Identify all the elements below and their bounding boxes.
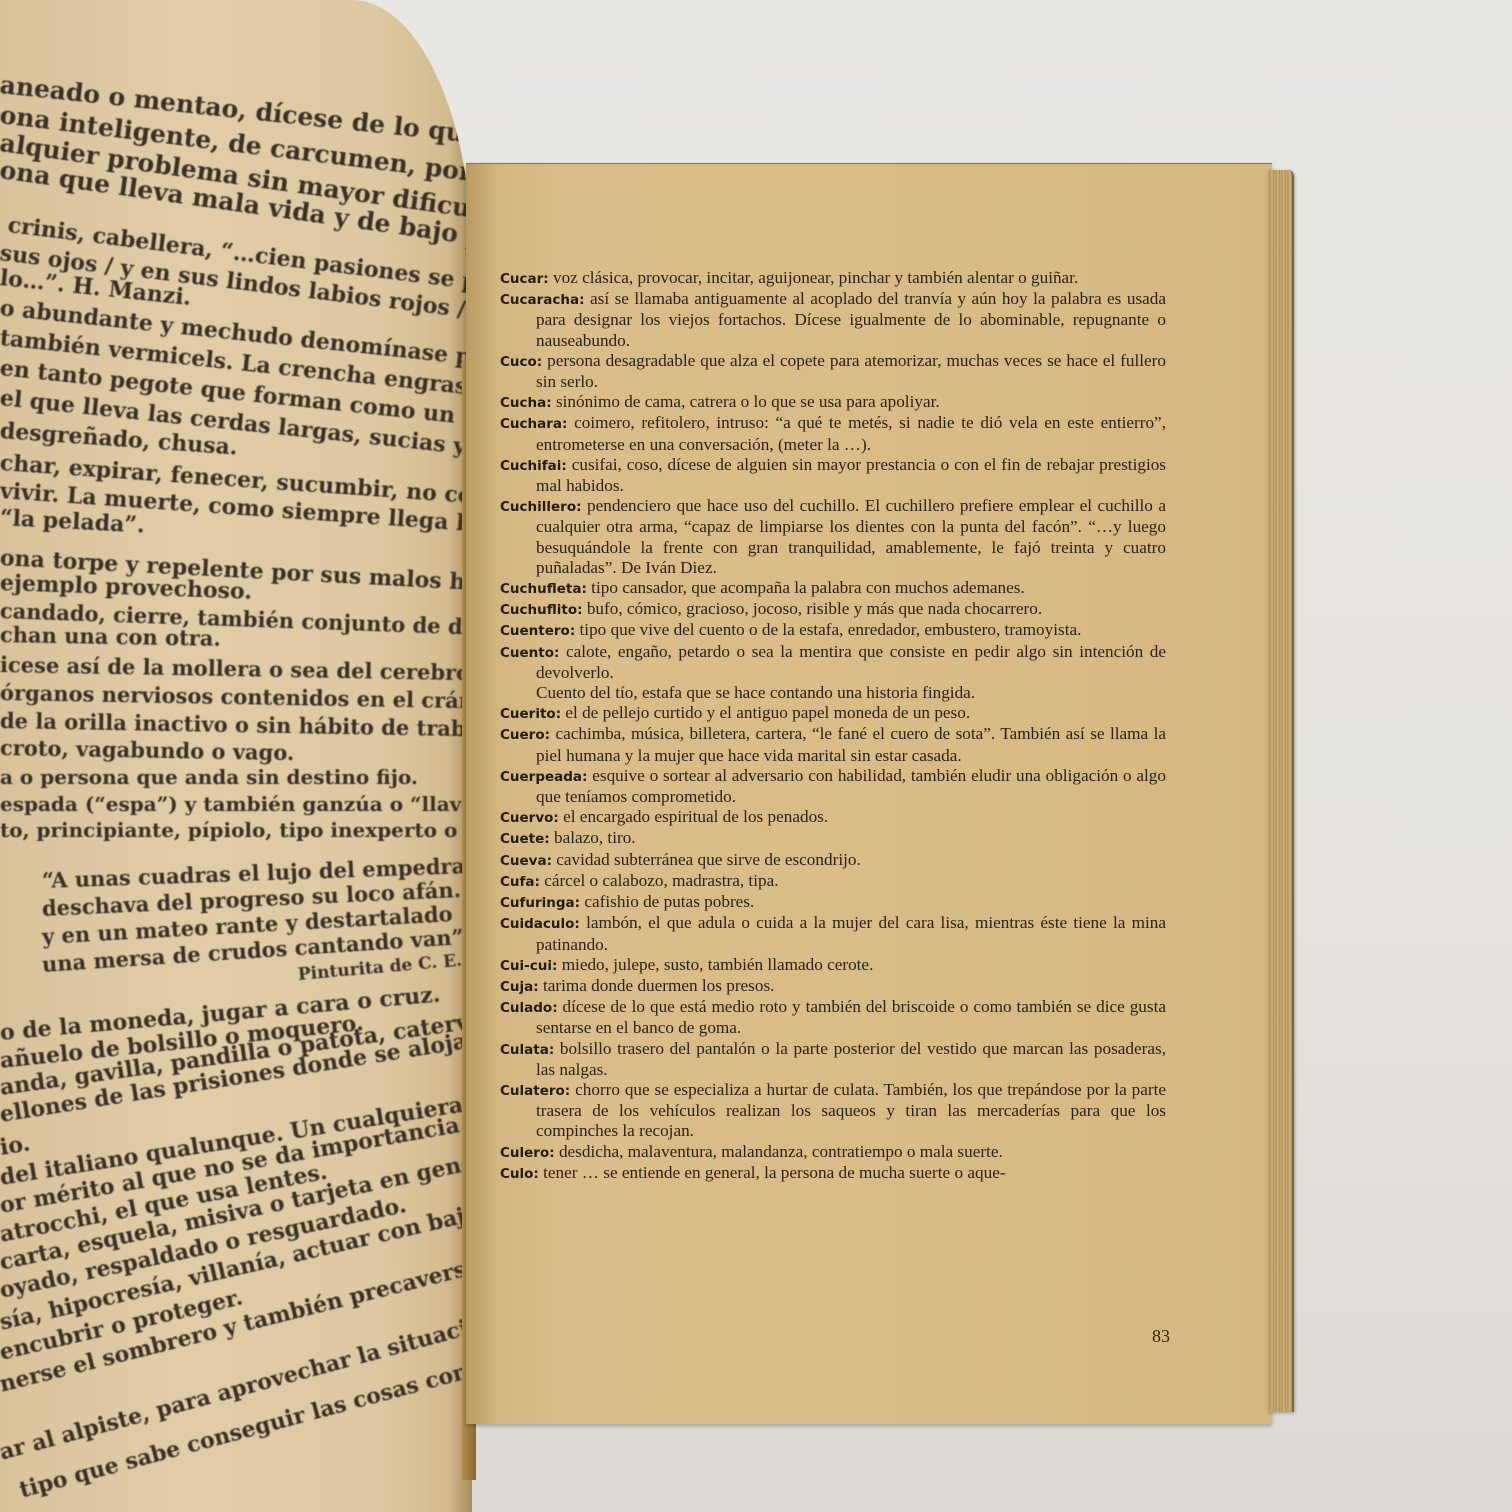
- entry-definition: calote, engaño, petardo o sea la mentira…: [536, 642, 1166, 682]
- entry-definition: desdicha, malaventura, malandanza, contr…: [555, 1142, 1003, 1161]
- entry-headword: Culo:: [500, 1166, 539, 1182]
- entry-definition: tipo cansador, que acompaña la palabra c…: [587, 578, 1025, 597]
- entry-headword: Cuete:: [500, 831, 550, 847]
- dictionary-entry: Cufa: cárcel o calabozo, madrastra, tipa…: [500, 871, 1166, 892]
- entry-headword: Cuerpeada:: [500, 769, 587, 785]
- entry-headword: Culero:: [500, 1145, 555, 1161]
- page-number: 83: [1152, 1326, 1170, 1347]
- entry-headword: Cuchillero:: [500, 499, 582, 515]
- entry-definition: el encargado espiritual de los penados.: [559, 807, 828, 826]
- entry-headword: Cueva:: [500, 853, 552, 869]
- entry-definition: dícese de lo que está medio roto y tambi…: [536, 997, 1166, 1037]
- left-page-line: chan una con otra.: [0, 622, 221, 651]
- entry-definition: chorro que se especializa a hurtar de cu…: [536, 1080, 1166, 1140]
- dictionary-entry: Cuidaculo: lambón, el que adula o cuida …: [500, 913, 1166, 954]
- entry-definition: cusifai, coso, dícese de alguien sin may…: [536, 455, 1166, 495]
- entry-definition: cavidad subterránea que sirve de escondr…: [552, 850, 861, 869]
- dictionary-entry: Cuero: cachimba, música, billetera, cart…: [500, 724, 1166, 765]
- entry-headword: Cuja:: [500, 979, 539, 995]
- dictionary-entry: Cueva: cavidad subterránea que sirve de …: [500, 850, 1166, 871]
- entry-headword: Cucaracha:: [500, 292, 585, 308]
- entry-definition: sinónimo de cama, catrera o lo que se us…: [552, 392, 940, 411]
- entry-headword: Cuento:: [500, 645, 559, 661]
- entry-headword: Cufuringa:: [500, 895, 580, 911]
- dictionary-entry: Cuco: persona desagradable que alza el c…: [500, 351, 1166, 392]
- entry-headword: Cucar:: [500, 271, 549, 287]
- dictionary-entry: Cui-cui: miedo, julepe, susto, también l…: [500, 955, 1166, 976]
- entry-headword: Cucha:: [500, 395, 552, 411]
- entry-headword: Cui-cui:: [500, 958, 557, 974]
- dictionary-entry: Culo: tener … se entiende en general, la…: [500, 1163, 1166, 1184]
- entry-headword: Cuidaculo:: [500, 916, 580, 932]
- entry-headword: Culata:: [500, 1042, 554, 1058]
- entry-headword: Culatero:: [500, 1083, 570, 1099]
- dictionary-entry: Culatero: chorro que se especializa a hu…: [500, 1080, 1166, 1142]
- entry-definition: balazo, tiro.: [550, 828, 636, 847]
- entry-headword: Cufa:: [500, 874, 540, 890]
- dictionary-entry: Culero: desdicha, malaventura, malandanz…: [500, 1142, 1166, 1163]
- page-stack-edge: [1268, 170, 1294, 1412]
- entry-headword: Culado:: [500, 1000, 558, 1016]
- entry-definition: tarima donde duermen los presos.: [539, 976, 775, 995]
- dictionary-entry: Cucar: voz clásica, provocar, incitar, a…: [500, 268, 1166, 289]
- dictionary-entry: Culado: dícese de lo que está medio roto…: [500, 997, 1166, 1038]
- dictionary-entry: Cuervo: el encargado espiritual de los p…: [500, 807, 1166, 828]
- entry-definition: esquive o sortear al adversario con habi…: [536, 766, 1166, 806]
- dictionary-entry: Cuerpeada: esquive o sortear al adversar…: [500, 766, 1166, 807]
- left-page-line: to, principiante, pípiolo, tipo inexpert…: [0, 818, 472, 842]
- left-page-line: io.: [0, 1130, 32, 1160]
- entry-definition: tener … se entiende en general, la perso…: [539, 1163, 1006, 1182]
- entry-definition: voz clásica, provocar, incitar, aguijone…: [549, 268, 1079, 287]
- entry-definition: cachimba, música, billetera, cartera, “l…: [536, 724, 1166, 764]
- entry-definition: cafishio de putas pobres.: [580, 892, 754, 911]
- entry-headword: Cuentero:: [500, 623, 575, 639]
- dictionary-entry: Cuentero: tipo que vive del cuento o de …: [500, 620, 1166, 641]
- entry-definition: tipo que vive del cuento o de la estafa,…: [575, 620, 1081, 639]
- dictionary-entry: Cuchifai: cusifai, coso, dícese de algui…: [500, 455, 1166, 496]
- dictionary-entry: Cuento: calote, engaño, petardo o sea la…: [500, 642, 1166, 704]
- entry-definition: lambón, el que adula o cuida a la mujer …: [536, 913, 1166, 953]
- entry-definition: cárcel o calabozo, madrastra, tipa.: [540, 871, 779, 890]
- left-page-line: croto, vagabundo o vago.: [0, 735, 294, 765]
- entry-headword: Cuchara:: [500, 416, 567, 432]
- entry-headword: Cuchufleta:: [500, 581, 587, 597]
- dictionary-entry: Cucha: sinónimo de cama, catrera o lo qu…: [500, 392, 1166, 413]
- dictionary-entries: Cucar: voz clásica, provocar, incitar, a…: [500, 268, 1166, 1184]
- entry-definition: bolsillo trasero del pantalón o la parte…: [536, 1039, 1166, 1079]
- entry-definition: coimero, refitolero, intruso: “a qué te …: [536, 413, 1166, 453]
- dictionary-entry: Cuete: balazo, tiro.: [500, 828, 1166, 849]
- dictionary-entry: Cucaracha: así se llamaba antiguamente a…: [500, 289, 1166, 351]
- dictionary-entry: Cuchillero: pendenciero que hace uso del…: [500, 496, 1166, 578]
- entry-definition: bufo, cómico, gracioso, jocoso, risible …: [583, 599, 1043, 618]
- dictionary-entry: Cuchara: coimero, refitolero, intruso: “…: [500, 413, 1166, 454]
- left-page-text: aneado o mentao, dícese de lo que se per…: [0, 0, 470, 1512]
- entry-definition: así se llamaba antiguamente al acoplado …: [536, 289, 1166, 349]
- entry-definition: el de pellejo curtido y el antiguo papel…: [561, 703, 970, 722]
- dictionary-entry: Cuchufleta: tipo cansador, que acompaña …: [500, 578, 1166, 599]
- entry-definition: persona desagradable que alza el copete …: [536, 351, 1166, 391]
- left-page-line: a o persona que anda sin destino fijo.: [0, 765, 418, 789]
- entry-headword: Cuero:: [500, 727, 550, 743]
- entry-headword: Cuco:: [500, 354, 542, 370]
- entry-definition: pendenciero que hace uso del cuchillo. E…: [536, 496, 1166, 577]
- entry-headword: Cuerito:: [500, 706, 561, 722]
- dictionary-entry: Cuja: tarima donde duermen los presos.: [500, 976, 1166, 997]
- dictionary-entry: Cufuringa: cafishio de putas pobres.: [500, 892, 1166, 913]
- entry-continuation: Cuento del tío, estafa que se hace conta…: [536, 683, 1166, 703]
- entry-headword: Cuchuflito:: [500, 602, 583, 618]
- left-page: aneado o mentao, dícese de lo que se per…: [0, 0, 472, 1512]
- dictionary-entry: Culata: bolsillo trasero del pantalón o …: [500, 1039, 1166, 1080]
- dictionary-entry: Cuchuflito: bufo, cómico, gracioso, joco…: [500, 599, 1166, 620]
- entry-headword: Cuchifai:: [500, 458, 567, 474]
- left-page-line: espada (“espa”) y también ganzúa o “llav…: [0, 792, 472, 816]
- entry-definition: miedo, julepe, susto, también llamado ce…: [557, 955, 873, 974]
- dictionary-entry: Cuerito: el de pellejo curtido y el anti…: [500, 703, 1166, 724]
- entry-headword: Cuervo:: [500, 810, 559, 826]
